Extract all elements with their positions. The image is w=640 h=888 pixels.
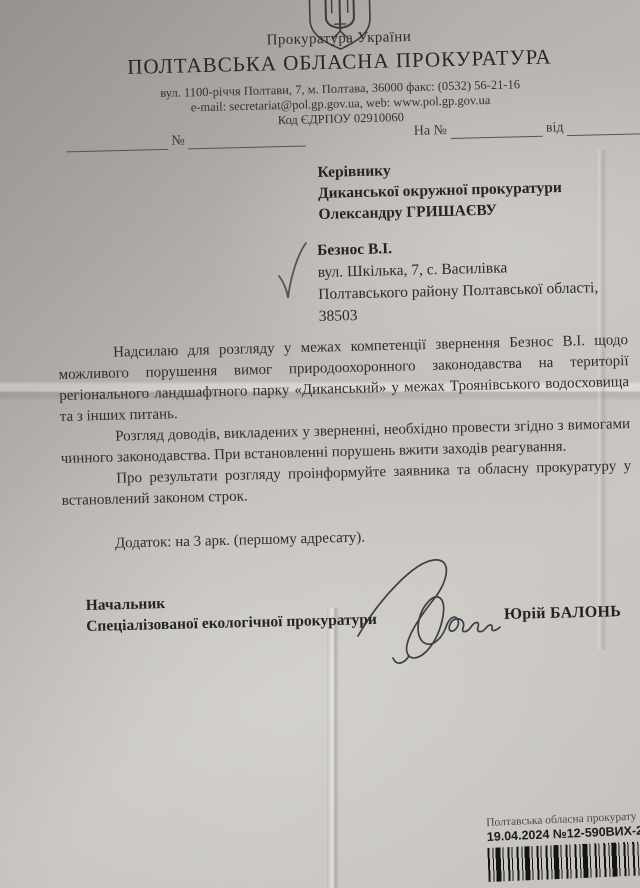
- registration-barcode-icon: [487, 840, 640, 882]
- incoming-number-label: На №: [414, 123, 448, 139]
- letter-body: Надсилаю для розгляду у межах компетенці…: [58, 330, 632, 512]
- handwritten-checkmark-icon: [274, 240, 310, 306]
- photographed-letter: { "document": { "header": { "org_parent"…: [0, 0, 640, 888]
- incoming-date-label: від: [546, 120, 564, 135]
- signer-name: Юрій БАЛОНЬ: [504, 603, 622, 624]
- letterhead: Прокуратура України ПОЛТАВСЬКА ОБЛАСНА П…: [39, 23, 640, 134]
- paper-fold-crease-vertical: [327, 608, 339, 888]
- recipient-primary-block: Керівнику Диканської окружної прокуратур…: [317, 155, 618, 225]
- incoming-date-blank-line: [567, 118, 640, 136]
- body-paragraph-1: Надсилаю для розгляду у межах компетенці…: [58, 330, 630, 428]
- incoming-blank-line: [450, 121, 542, 139]
- outgoing-number-field: №: [66, 131, 307, 153]
- date-blank-line: [66, 134, 168, 152]
- registration-stamp: Полтавська обласна прокурату 19.04.2024 …: [486, 809, 640, 882]
- number-label: №: [171, 133, 185, 148]
- number-blank-line: [188, 131, 306, 150]
- recipient-secondary-block: Безнос В.І. вул. Шкілька, 7, с. Василівк…: [317, 232, 629, 328]
- handwritten-signature-icon: [352, 554, 512, 666]
